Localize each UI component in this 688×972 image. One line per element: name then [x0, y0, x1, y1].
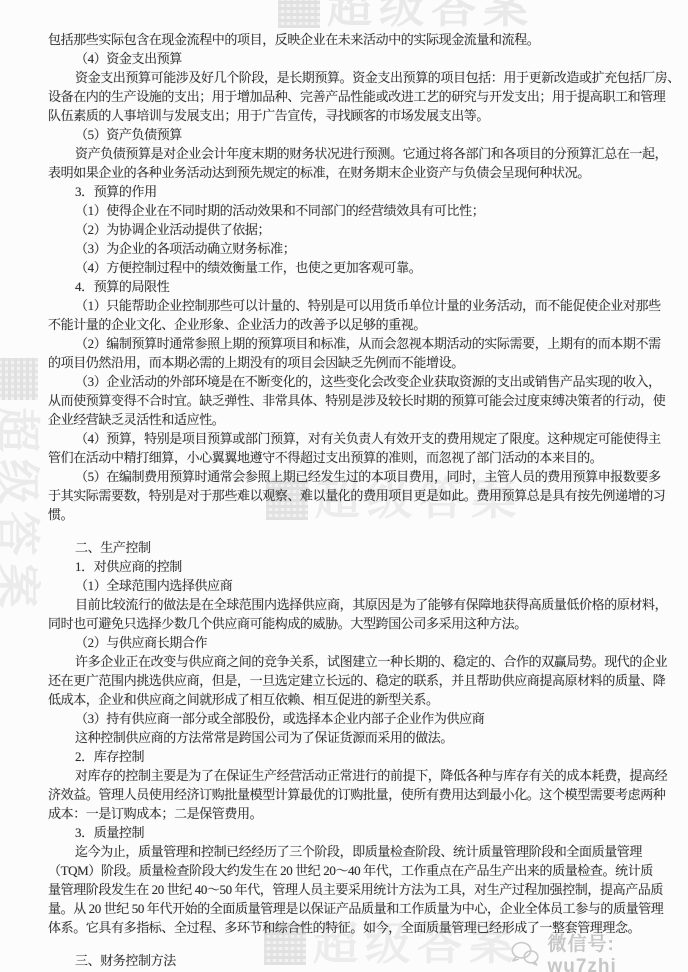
document-page: 超级答案 超级答案 超级答案 超级答案 包括那些实际包含在现金流程中的项目，反映… [0, 0, 688, 972]
text-line: （5）在编制费用预算时通常会参照上期已经发生过的本项目费用，同时，主管人员的费用… [48, 467, 664, 486]
text-line: 2．库存控制 [48, 747, 664, 766]
text-line: 不能计量的企业文化、企业形象、企业活力的改善予以足够的重视。 [48, 315, 664, 334]
text-line: （3）持有供应商一部分或全部股份，或选择本企业内部子企业作为供应商 [48, 709, 664, 728]
qr-code-icon [0, 358, 39, 400]
text-line: （1）全球范围内选择供应商 [48, 576, 664, 595]
text-line: 这种控制供应商的方法常常是跨国公司为了保证货源而采用的做法。 [48, 728, 664, 747]
text-line: （2）与供应商长期合作 [48, 633, 664, 652]
text-line: （5）资产负债预算 [48, 125, 664, 144]
watermark-top: 超级答案 [278, 0, 535, 29]
text-line: 低成本，企业和供应商之间就形成了相互依赖、相互促进的新型关系。 [48, 690, 664, 709]
text-line: 管们在活动中精打细算，小心翼翼地遵守不得超过支出预算的准则，而忽视了部门活动的本… [48, 448, 664, 467]
text-line: （2）编制预算时通常参照上期的预算项目和标准，从而会忽视本期活动的实际需要，上期… [48, 334, 664, 353]
text-line: 1．对供应商的控制 [48, 557, 664, 576]
text-line: 许多企业正在改变与供应商之间的竞争关系，试图建立一种长期的、稳定的、合作的双赢局… [48, 652, 664, 671]
text-line: 的项目仍然沿用，而本期必需的上期没有的项目会因缺乏先例而不能增设。 [48, 353, 664, 372]
text-line: 队伍素质的人事培训与发展支出；用于广告宣传，寻找顾客的市场发展支出等。 [48, 106, 664, 125]
text-line: 迄今为止，质量管理和控制已经经历了三个阶段，即质量检查阶段、统计质量管理阶段和全… [48, 842, 664, 861]
wechat-icon [510, 940, 539, 967]
watermark-left-vertical: 超级答案 [0, 358, 40, 615]
watermark-text: 超级答案 [0, 407, 40, 615]
text-line: 惯。 [48, 505, 664, 524]
text-line: 于其实际需要数，特别是对于那些难以观察、难以量化的费用项目更是如此。费用预算总是… [48, 486, 664, 505]
text-line: 还在更广范围内挑选供应商，但是，一旦选定建立长远的、稳定的联系，并且帮助供应商提… [48, 671, 664, 690]
watermark-text: 超级答案 [327, 0, 535, 29]
text-line: 企业经营缺乏灵活性和适应性。 [48, 410, 664, 429]
text-line: 量。从 20 世纪 50 年代开始的全面质量管理是以保证产品质量和工作质量为中心… [48, 899, 664, 918]
text-line: 济效益。管理人员使用经济订购批量模型计算最优的订购批量，使所有费用达到最小化。这… [48, 785, 664, 804]
text-line: 同时也可避免只选择少数几个供应商可能构成的威胁。大型跨国公司多采用这种方法。 [48, 614, 664, 633]
document-text: 包括那些实际包含在现金流程中的项目，反映企业在未来活动中的实际现金流量和流程。（… [48, 30, 664, 970]
qr-code-icon [278, 0, 320, 28]
text-line: 资产负债预算是对企业会计年度末期的财务状况进行预测。它通过将各部门和各项目的分预… [48, 144, 664, 163]
text-line: （1）使得企业在不同时期的活动效果和不同部门的经营绩效具有可比性； [48, 201, 664, 220]
text-line: 对库存的控制主要是为了在保证生产经营活动正常进行的前提下，降低各种与库存有关的成… [48, 766, 664, 785]
wechat-id-label: 微信号: wu7zhi [547, 929, 688, 972]
text-line: 设备在内的生产设施的支出；用于增加品种、完善产品性能或改进工艺的研究与开发支出；… [48, 87, 664, 106]
text-line: 3．预算的作用 [48, 182, 664, 201]
text-line: 包括那些实际包含在现金流程中的项目，反映企业在未来活动中的实际现金流量和流程。 [48, 30, 664, 49]
text-line: 表明如果企业的各种业务活动达到预先规定的标准，在财务期末企业资产与负债会呈现何种… [48, 163, 664, 182]
text-line: 二、生产控制 [48, 538, 664, 557]
text-line: 3．质量控制 [48, 823, 664, 842]
text-line: 从而使预算变得不合时宜。缺乏弹性、非常具体、特别是涉及较长时期的预算可能会过度束… [48, 391, 664, 410]
wechat-footer: 微信号: wu7zhi [510, 929, 688, 972]
text-line: 量管理阶段发生在 20 世纪 40～50 年代，管理人员主要采用统计方法为工具，… [48, 880, 664, 899]
text-line: （2）为协调企业活动提供了依据； [48, 220, 664, 239]
text-line: 4．预算的局限性 [48, 277, 664, 296]
text-line: 成本：一是订购成本；二是保管费用。 [48, 804, 664, 823]
text-line: （3）为企业的各项活动确立财务标准； [48, 239, 664, 258]
text-line: （TQM）阶段。质量检查阶段大约发生在 20 世纪 20～40 年代，工作重点在… [48, 861, 664, 880]
text-line: 目前比较流行的做法是在全球范围内选择供应商，其原因是为了能够有保障地获得高质量低… [48, 595, 664, 614]
text-line: （4）资金支出预算 [48, 49, 664, 68]
text-line: （3）企业活动的外部环境是在不断变化的，这些变化会改变企业获取资源的支出或销售产… [48, 372, 664, 391]
text-line: （4）方便控制过程中的绩效衡量工作，也使之更加客观可靠。 [48, 258, 664, 277]
text-line: 资金支出预算可能涉及好几个阶段，是长期预算。资金支出预算的项目包括：用于更新改造… [48, 68, 664, 87]
text-line: （4）预算，特别是项目预算或部门预算，对有关负责人有效开支的费用规定了限度。这种… [48, 429, 664, 448]
text-line: （1）只能帮助企业控制那些可以计量的、特别是可以用货币单位计量的业务活动，而不能… [48, 296, 664, 315]
